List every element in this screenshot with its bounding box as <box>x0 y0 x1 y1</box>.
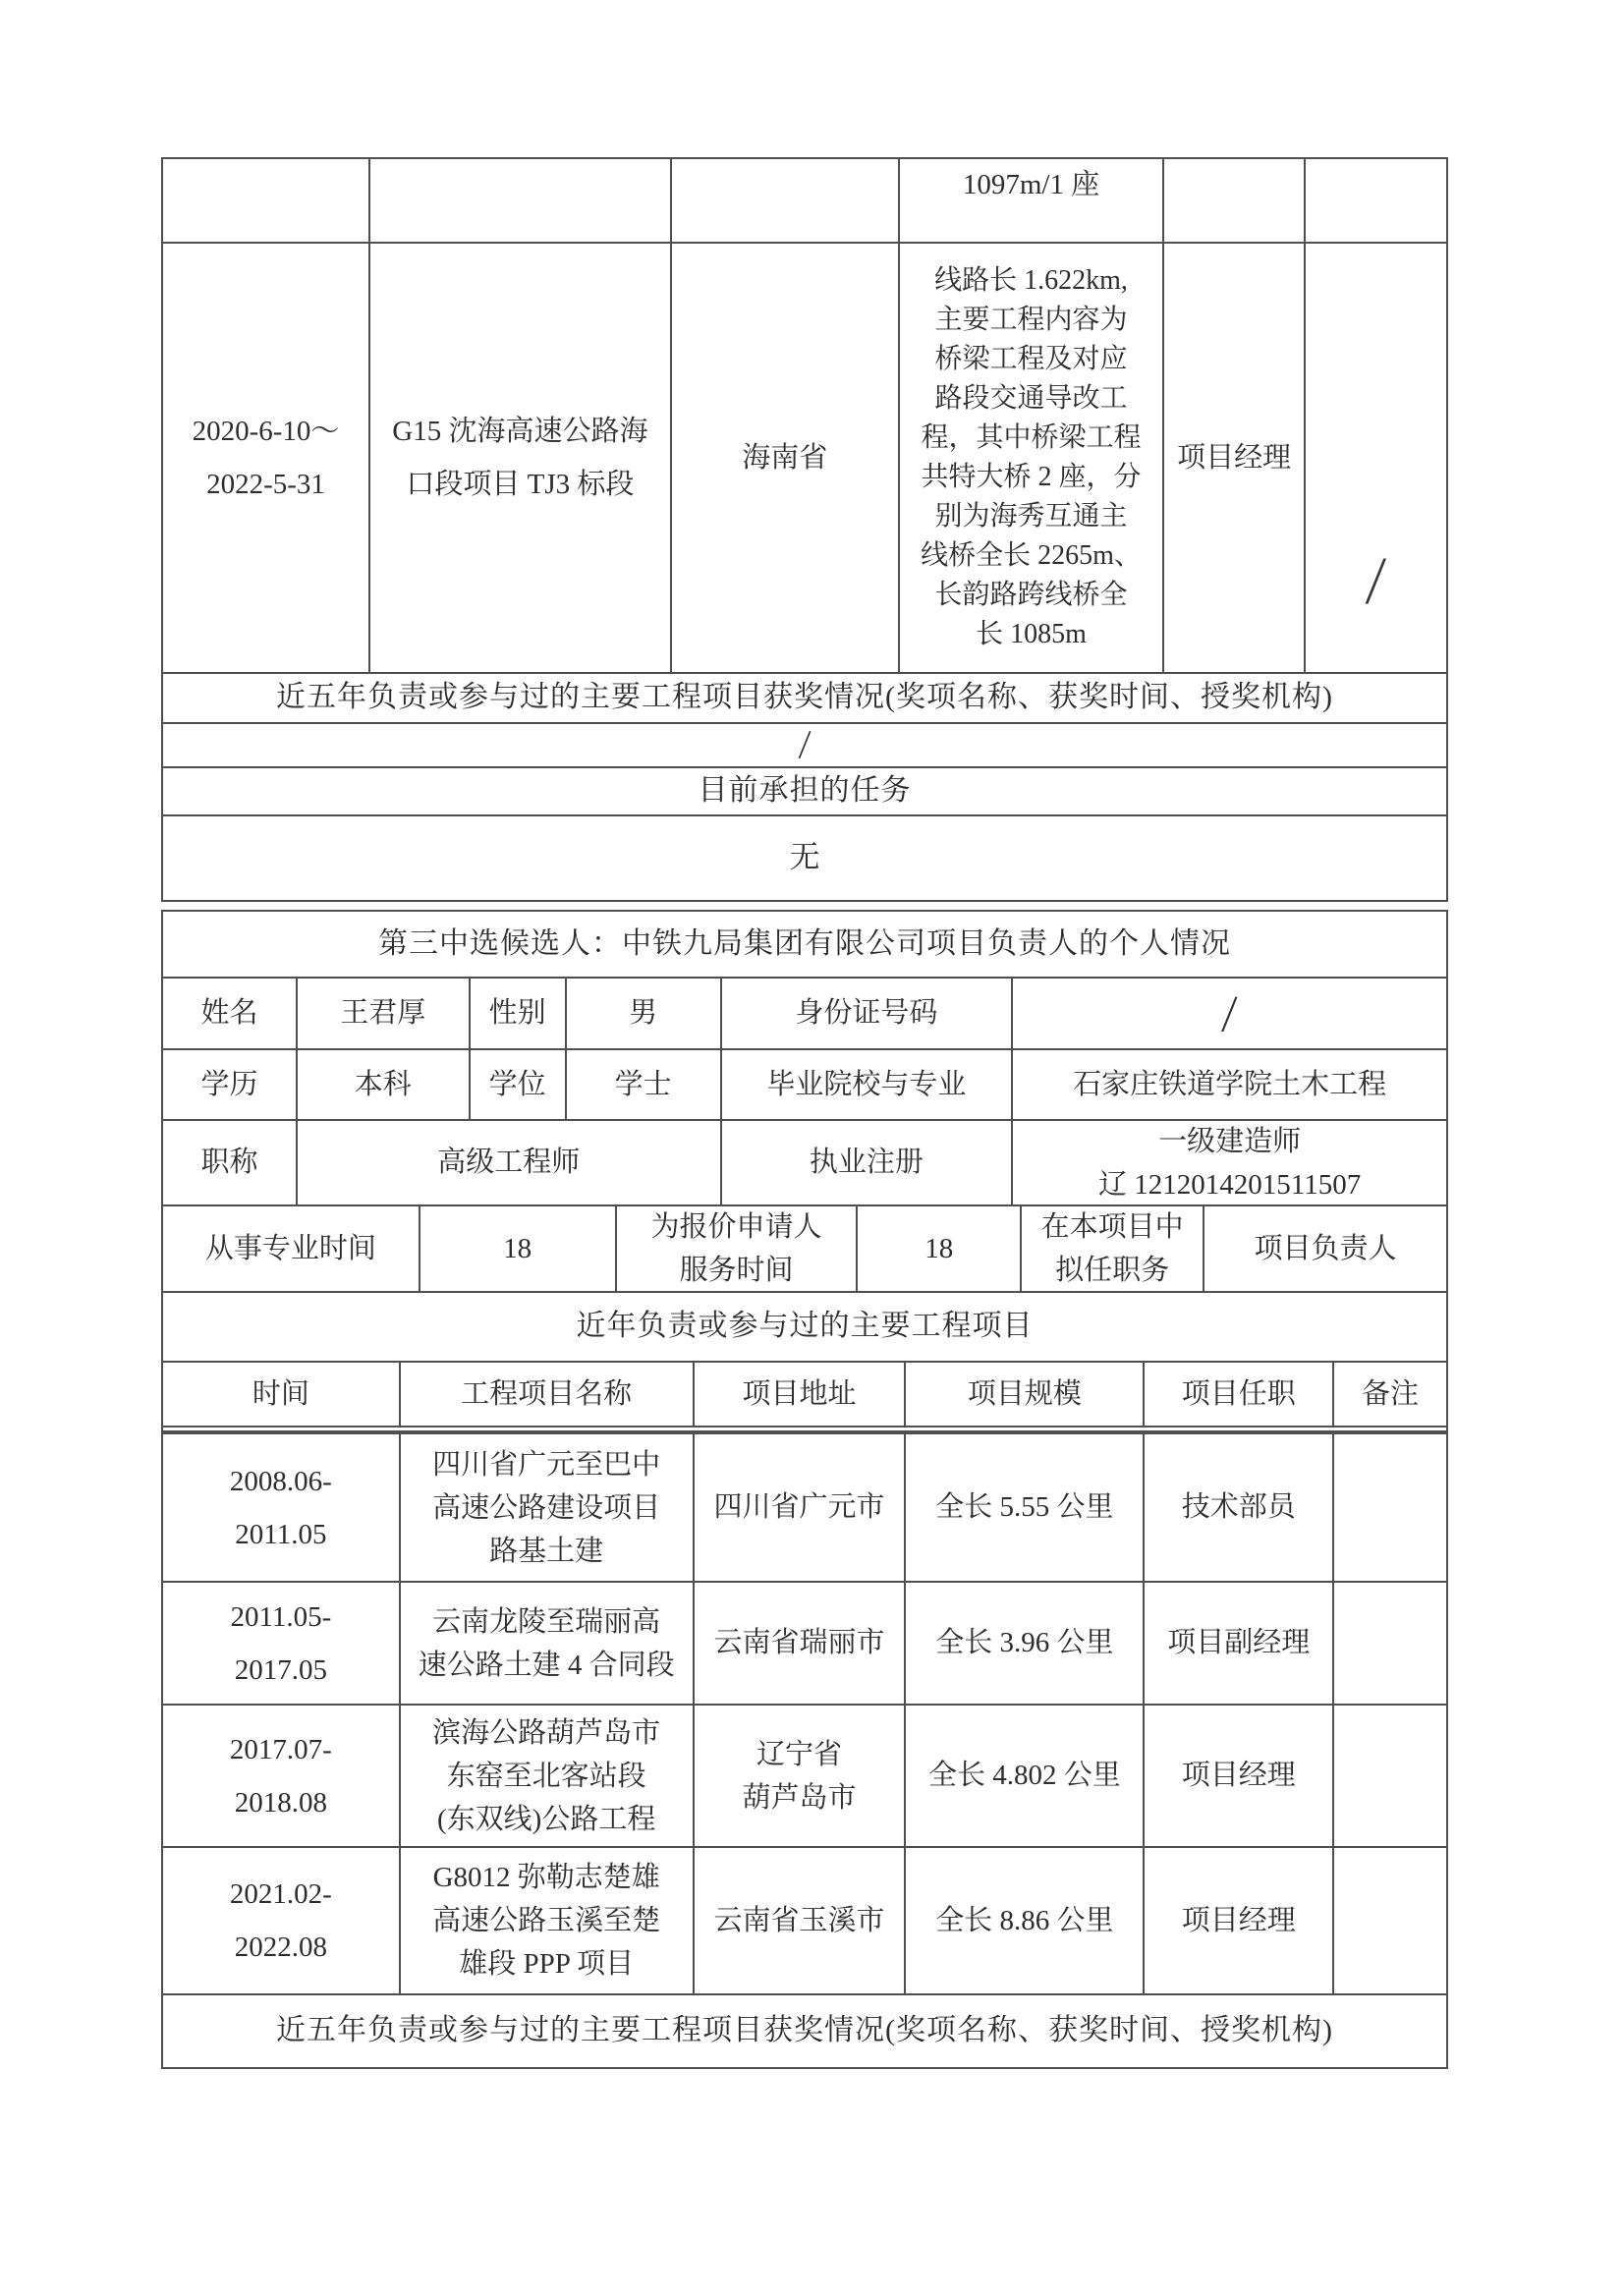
cell-location: 海南省 <box>670 244 898 672</box>
cell-location: 辽宁省 葫芦岛市 <box>693 1706 905 1846</box>
cell-location: 云南省瑞丽市 <box>693 1583 905 1704</box>
cell-scale: 全长 8.86 公里 <box>904 1848 1143 1993</box>
label-name: 姓名 <box>163 979 296 1048</box>
current-task-header-text: 目前承担的任务 <box>163 768 1446 814</box>
value-gender: 男 <box>565 979 720 1048</box>
cell-note <box>1332 1583 1446 1704</box>
cell-scale: 全长 5.55 公里 <box>904 1434 1143 1581</box>
cell-name: G15 沈海高速公路海 口段项目 TJ3 标段 <box>368 244 670 672</box>
projects-band-row: 近年负责或参与过的主要工程项目 <box>163 1291 1446 1361</box>
value-title: 高级工程师 <box>296 1121 720 1204</box>
cell-period: 2008.06- 2011.05 <box>163 1434 399 1581</box>
info-row-name: 姓名 王君厚 性别 男 身份证号码 / <box>163 977 1446 1048</box>
label-title: 职称 <box>163 1121 296 1204</box>
cell-scale-description: 线路长 1.622km, 主要工程内容为 桥梁工程及对应 路段交通导改工 程，其… <box>898 244 1163 672</box>
cell-note-empty <box>1304 159 1446 242</box>
value-education: 本科 <box>296 1050 469 1119</box>
cell-role: 项目经理 <box>1143 1848 1332 1993</box>
value-proposed-position: 项目负责人 <box>1203 1206 1446 1291</box>
awards-value-slash: / <box>163 724 1446 766</box>
label-proposed-position: 在本项目中 拟任职务 <box>1020 1206 1203 1291</box>
cell-period-empty <box>163 159 368 242</box>
slash-mark: / <box>1219 979 1240 1048</box>
col-header-role: 项目任职 <box>1143 1363 1332 1426</box>
label-service-years: 为报价申请人 服务时间 <box>615 1206 857 1291</box>
cell-role: 项目副经理 <box>1143 1583 1332 1704</box>
label-education: 学历 <box>163 1050 296 1119</box>
cell-period: 2011.05- 2017.05 <box>163 1583 399 1704</box>
slash-mark: / <box>1363 529 1390 634</box>
cell-note <box>1332 1434 1446 1581</box>
value-service-years: 18 <box>856 1206 1020 1291</box>
value-name: 王君厚 <box>296 979 469 1048</box>
projects-header-row: 时间 工程项目名称 项目地址 项目规模 项目任职 备注 <box>163 1361 1446 1432</box>
info-row-education: 学历 本科 学位 学士 毕业院校与专业 石家庄铁道学院土木工程 <box>163 1048 1446 1119</box>
cell-name: 四川省广元至巴中 高速公路建设项目 路基土建 <box>399 1434 693 1581</box>
label-id: 身份证号码 <box>720 979 1012 1048</box>
cell-scale-tail: 1097m/1 座 <box>898 159 1163 242</box>
section-title-row: 第三中选候选人：中铁九局集团有限公司项目负责人的个人情况 <box>163 912 1446 977</box>
cell-note <box>1332 1848 1446 1993</box>
cell-name: 滨海公路葫芦岛市 东窑至北客站段 (东双线)公路工程 <box>399 1706 693 1846</box>
current-task-value-text: 无 <box>163 816 1446 900</box>
awards-header-row: 近五年负责或参与过的主要工程项目获奖情况(奖项名称、获奖时间、授奖机构) <box>163 1993 1446 2067</box>
cell-location: 云南省玉溪市 <box>693 1848 905 1993</box>
label-degree: 学位 <box>469 1050 565 1119</box>
cell-name-empty <box>368 159 670 242</box>
table-row: 2017.07- 2018.08 滨海公路葫芦岛市 东窑至北客站段 (东双线)公… <box>163 1704 1446 1846</box>
label-registration: 执业注册 <box>720 1121 1012 1204</box>
cell-role: 项目经理 <box>1162 244 1304 672</box>
info-row-title: 职称 高级工程师 执业注册 一级建造师 辽 1212014201511507 <box>163 1119 1446 1204</box>
cell-name: 云南龙陵至瑞丽高 速公路土建 4 合同段 <box>399 1583 693 1704</box>
cell-period: 2020-6-10～ 2022-5-31 <box>163 244 368 672</box>
value-degree: 学士 <box>565 1050 720 1119</box>
table-row: 2021.02- 2022.08 G8012 弥勒志楚雄 高速公路玉溪至楚 雄段… <box>163 1846 1446 1993</box>
table-row: 1097m/1 座 <box>163 159 1446 242</box>
awards-header-text: 近五年负责或参与过的主要工程项目获奖情况(奖项名称、获奖时间、授奖机构) <box>163 674 1446 722</box>
current-task-header-row: 目前承担的任务 <box>163 766 1446 814</box>
col-header-scale: 项目规模 <box>904 1363 1143 1426</box>
cell-period: 2021.02- 2022.08 <box>163 1848 399 1993</box>
cell-scale: 全长 3.96 公里 <box>904 1583 1143 1704</box>
table-row: 2008.06- 2011.05 四川省广元至巴中 高速公路建设项目 路基土建 … <box>163 1432 1446 1581</box>
cell-role: 技术部员 <box>1143 1434 1332 1581</box>
cell-location-empty <box>670 159 898 242</box>
project-experience-table-continued: 1097m/1 座 2020-6-10～ 2022-5-31 G15 沈海高速公… <box>161 157 1448 902</box>
cell-location: 四川省广元市 <box>693 1434 905 1581</box>
cell-role: 项目经理 <box>1143 1706 1332 1846</box>
value-registration: 一级建造师 辽 1212014201511507 <box>1011 1121 1446 1204</box>
current-task-value-row: 无 <box>163 814 1446 900</box>
col-header-note: 备注 <box>1332 1363 1446 1426</box>
slash-mark: / <box>797 724 813 766</box>
third-candidate-info-table: 第三中选候选人：中铁九局集团有限公司项目负责人的个人情况 姓名 王君厚 性别 男… <box>161 910 1448 2069</box>
label-profession-years: 从事专业时间 <box>163 1206 419 1291</box>
label-gender: 性别 <box>469 979 565 1048</box>
projects-band-text: 近年负责或参与过的主要工程项目 <box>163 1293 1446 1361</box>
table-row: 2020-6-10～ 2022-5-31 G15 沈海高速公路海 口段项目 TJ… <box>163 242 1446 672</box>
cell-note <box>1332 1706 1446 1846</box>
value-profession-years: 18 <box>419 1206 615 1291</box>
cell-scale: 全长 4.802 公里 <box>904 1706 1143 1846</box>
col-header-name: 工程项目名称 <box>399 1363 693 1426</box>
section-title-text: 第三中选候选人：中铁九局集团有限公司项目负责人的个人情况 <box>163 912 1446 977</box>
awards-header-row: 近五年负责或参与过的主要工程项目获奖情况(奖项名称、获奖时间、授奖机构) <box>163 672 1446 722</box>
value-school: 石家庄铁道学院土木工程 <box>1011 1050 1446 1119</box>
cell-note-slash: / <box>1304 244 1446 672</box>
value-id-slash: / <box>1011 979 1446 1048</box>
scanned-document-page: 1097m/1 座 2020-6-10～ 2022-5-31 G15 沈海高速公… <box>0 0 1624 2295</box>
info-row-experience: 从事专业时间 18 为报价申请人 服务时间 18 在本项目中 拟任职务 项目负责… <box>163 1204 1446 1291</box>
col-header-location: 项目地址 <box>693 1363 905 1426</box>
cell-role-empty <box>1162 159 1304 242</box>
label-school: 毕业院校与专业 <box>720 1050 1012 1119</box>
awards-header-text: 近五年负责或参与过的主要工程项目获奖情况(奖项名称、获奖时间、授奖机构) <box>163 1995 1446 2067</box>
awards-value-row: / <box>163 722 1446 766</box>
table-row: 2011.05- 2017.05 云南龙陵至瑞丽高 速公路土建 4 合同段 云南… <box>163 1581 1446 1704</box>
cell-name: G8012 弥勒志楚雄 高速公路玉溪至楚 雄段 PPP 项目 <box>399 1848 693 1993</box>
cell-period: 2017.07- 2018.08 <box>163 1706 399 1846</box>
col-header-period: 时间 <box>163 1363 399 1426</box>
